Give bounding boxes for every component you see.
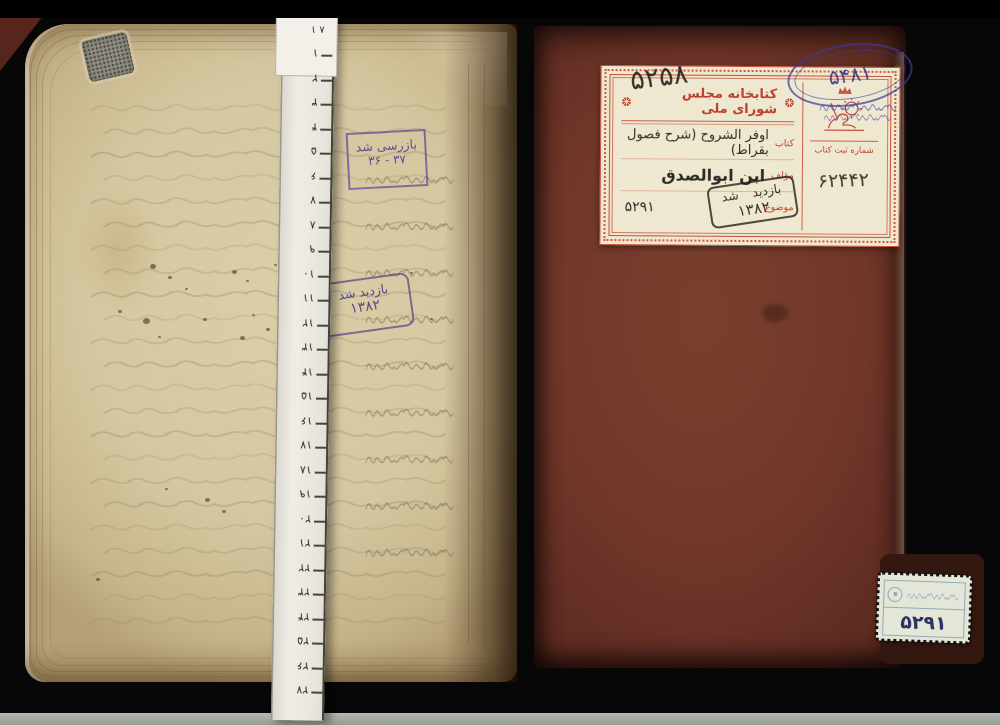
ruler-tick xyxy=(319,177,330,179)
ruler-number: ۲۷ xyxy=(296,683,308,696)
ruler-tick xyxy=(316,398,327,400)
page-crease xyxy=(484,63,485,642)
ruler-number: ۵ xyxy=(311,144,317,157)
ruler-head-marks: ۸ ۱ xyxy=(311,23,325,34)
ruler-tick xyxy=(321,104,332,106)
ruler-tick xyxy=(315,471,326,473)
ruler-number: ۲۵ xyxy=(297,634,309,647)
ruler-number: ۱ xyxy=(312,46,318,59)
ruler-number: ۲ xyxy=(312,71,318,84)
inspection-stamp-1: بازرسی شد ۳۶ - ۳۷ xyxy=(346,129,429,190)
ruler-number: ۲۲ xyxy=(298,561,310,574)
catalog-sticker-number: ۵۲۹۱ xyxy=(883,608,964,638)
ruler-number: ۱۵ xyxy=(301,389,313,402)
ruler-number: ۲۶ xyxy=(297,659,309,672)
label-divider xyxy=(621,120,794,125)
ruler-number: ۸ xyxy=(310,218,316,231)
measuring-ruler: ۸ ۱ ۱۲۳۴۵۶۷۸۹۱۰۱۱۱۲۱۳۱۴۱۵۱۶۱۷۱۸۱۹۲۰۲۱۲۲۲… xyxy=(271,18,335,721)
ruler-tick xyxy=(316,373,327,375)
ruler-number: ۱۰ xyxy=(303,267,315,280)
ruler-number: ۶ xyxy=(310,169,316,182)
ruler-number: ۲۳ xyxy=(298,585,310,598)
ruler-tick xyxy=(314,496,325,498)
cover-smudge xyxy=(762,304,788,322)
ruler-number: ۱۹ xyxy=(300,487,312,500)
ink-spot xyxy=(240,336,245,340)
rosette-icon xyxy=(621,95,631,108)
page-stain xyxy=(73,184,163,314)
label-field-title: کتاب اوفر الشروح (شرح فصول بقراط) xyxy=(621,126,794,160)
rosette-icon xyxy=(784,96,794,109)
catalog-sticker-header xyxy=(884,581,965,611)
ruler-tick xyxy=(317,349,328,351)
ink-spot xyxy=(143,318,150,324)
ruler-tick xyxy=(313,569,324,571)
ruler-tick xyxy=(318,251,329,253)
field-value: اوفر الشروح (شرح فصول بقراط) xyxy=(621,127,769,158)
ruler-number: ۴ xyxy=(311,120,317,133)
ruler-tick xyxy=(312,618,323,620)
ink-spot xyxy=(150,264,156,269)
ruler-tick xyxy=(320,128,331,130)
ruler-number: ۱۳ xyxy=(302,340,314,353)
gutter-shadow xyxy=(443,24,517,682)
ink-spot xyxy=(205,498,210,502)
ruler-tick xyxy=(314,545,325,547)
ruler-tick xyxy=(317,300,328,302)
ruler-tick xyxy=(316,422,327,424)
field-label: کتاب xyxy=(775,138,794,149)
ruler-number: ۲۴ xyxy=(298,610,310,623)
ruler-tick xyxy=(312,667,323,669)
ruler-number: ۱۴ xyxy=(301,365,313,378)
ruler-tick xyxy=(314,520,325,522)
field-handwritten-number: ۵۲۹۱ xyxy=(625,199,655,215)
registration-caption: شماره ثبت کتاب xyxy=(814,145,873,155)
ruler-number: ۱۷ xyxy=(300,438,312,451)
ruler-number: ۲۰ xyxy=(299,512,311,525)
ruler-tick xyxy=(321,79,332,81)
ruler-number: ۳ xyxy=(312,95,318,108)
ruler-tick xyxy=(311,692,322,694)
label-divider xyxy=(810,140,878,141)
catalog-sticker: ۵۲۹۱ xyxy=(876,572,972,643)
ruler-tick xyxy=(319,202,330,204)
ruler-number: ۱۶ xyxy=(301,414,313,427)
page-crease xyxy=(468,63,469,642)
corner-repair-patch xyxy=(81,31,135,82)
sticker-faint-text xyxy=(906,589,958,603)
ruler-tick xyxy=(320,153,331,155)
ruler-number: ۷ xyxy=(310,193,316,206)
sticker-emblem-icon xyxy=(887,586,903,602)
ruler-number: ۲۱ xyxy=(299,536,311,549)
scanner-bed-strip xyxy=(0,713,1000,725)
ink-spot xyxy=(232,270,237,274)
ruler-number: ۹ xyxy=(309,242,315,255)
ruler-number: ۱۱ xyxy=(303,291,315,304)
ruler-number: ۱۸ xyxy=(300,463,312,476)
digitized-manuscript-photo: بازرسی شد ۳۶ - ۳۷ بازدید شد ۱۳۸۲ ۸ ۱ ۱۲۳… xyxy=(0,18,1000,725)
registration-number: ۶۲۴۴۲ xyxy=(818,169,870,192)
manuscript-left-page xyxy=(25,24,517,682)
ruler-tick xyxy=(321,55,332,57)
ruler-tick xyxy=(317,324,328,326)
ruler-number: ۱۲ xyxy=(302,316,314,329)
ruler-tick xyxy=(313,594,324,596)
catalog-sticker-frame: ۵۲۹۱ xyxy=(882,580,966,639)
ruler-tick xyxy=(312,643,323,645)
ruler-tick xyxy=(319,226,330,228)
ruler-head: ۸ ۱ xyxy=(275,18,338,77)
ruler-tick xyxy=(318,275,329,277)
ruler-tick xyxy=(315,447,326,449)
